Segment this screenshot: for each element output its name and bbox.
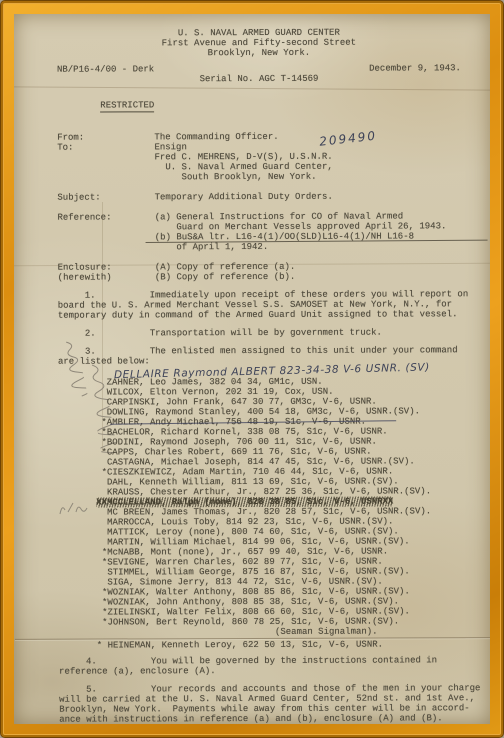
reference-b-line-2: of April 1, 1942.: [58, 241, 462, 252]
paragraph-4: 4. You will be governed by the instructi…: [59, 655, 463, 676]
memo-body: U. S. NAVAL ARMED GUARD CENTER First Ave…: [14, 14, 490, 724]
date-line: December 9, 1943.: [369, 63, 461, 73]
classification-stamp: RESTRICTED: [100, 100, 154, 112]
paragraph-5: 5. Your records and accounts and those o…: [59, 683, 463, 724]
enclosure-block: Enclosure: (A) Copy of reference (a). (h…: [58, 261, 462, 282]
roster-list: DELLAIRE Raymond ALBERT 823-34-38 V-6 US…: [58, 365, 463, 650]
reference-block: Reference: (a) General Instructions for …: [57, 211, 461, 252]
roster-row-seaman-signalman: (Seaman Signalman).: [59, 626, 463, 637]
paragraph-2-line: 2. Transportation will be by government …: [58, 327, 462, 338]
letterhead-line-3: Brooklyn, New York.: [57, 47, 461, 58]
serial-number-line: Serial No. AGC T-14569: [57, 73, 461, 84]
enclosure-b-line: (herewith) (B) Copy of reference (b).: [58, 271, 462, 282]
paragraph-1-line: temporary duty in command of the Armed G…: [58, 309, 462, 320]
paragraph-5-line: ance with instructions in reference (a) …: [59, 713, 463, 724]
paragraph-4-line: reference (a), enclosure (A).: [59, 665, 463, 676]
paragraph-2: 2. Transportation will be by government …: [58, 327, 462, 338]
scanned-document-page: U. S. NAVAL ARMED GUARD CENTER First Ave…: [14, 14, 490, 724]
addressee-city-line: South Brooklyn, New York.: [57, 171, 461, 182]
photo-frame: U. S. NAVAL ARMED GUARD CENTER First Ave…: [0, 0, 504, 738]
paragraph-1: 1. Immediately upon receipt of these ord…: [58, 289, 462, 320]
file-reference: NB/P16-4/00 - Derk: [57, 64, 154, 74]
subject-line: Subject: Temporary Additional Duty Order…: [57, 191, 461, 202]
address-block: From: The Commanding Officer. To: Ensign…: [57, 131, 461, 182]
roster-row: * HEINEMAN, Kenneth Leroy, 622 50 13, S1…: [59, 639, 463, 650]
